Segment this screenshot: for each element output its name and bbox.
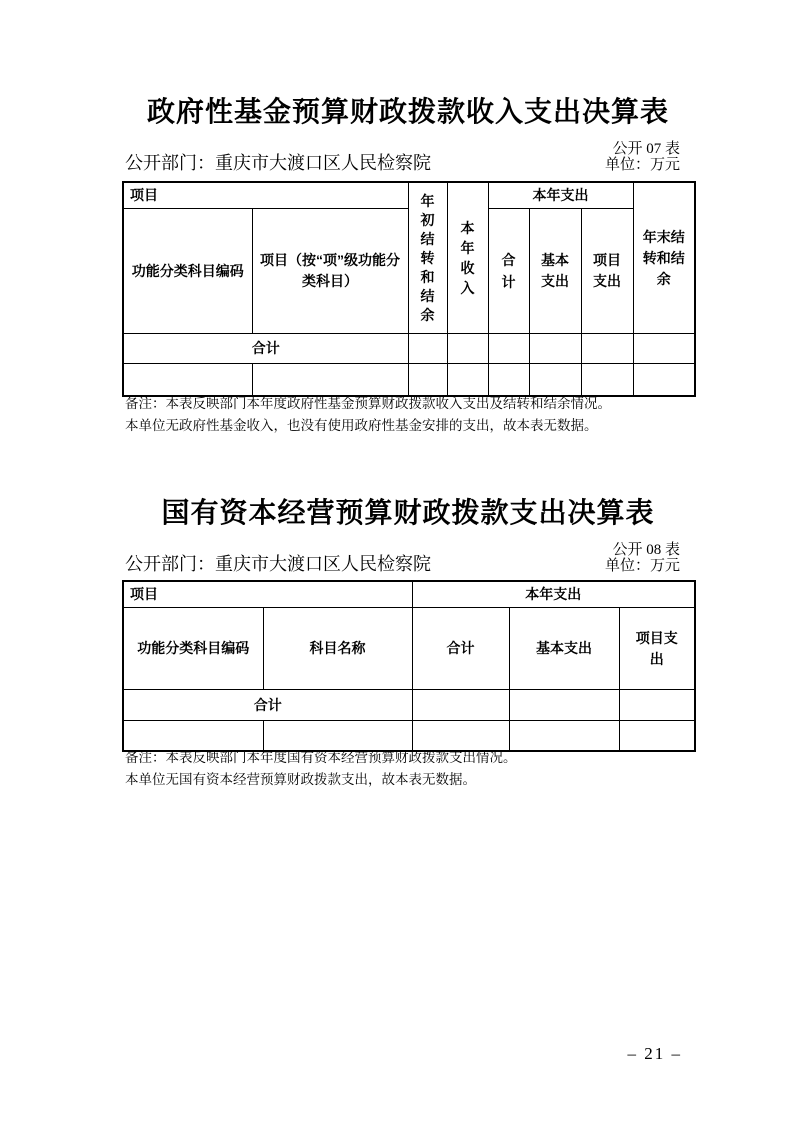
fund-table-department: 公开部门：重庆市大渡口区人民检察院 [125,151,431,175]
fund-col-closing-balance: 年末结转和结余 [633,182,695,334]
fund-empty-cell [408,334,447,364]
capital-data-row [123,721,695,751]
fund-col-closing-balance-label: 年末结转和结余 [641,227,686,290]
fund-col-expense-total: 合计 [488,209,529,334]
capital-empty-cell [619,721,695,751]
fund-col-opening-balance-label: 年初结转和结余 [420,192,435,325]
capital-table: 项目 本年支出 功能分类科目编码 科目名称 合计 基本支出 项目支出 合计 [122,580,696,752]
capital-col-year-expense-group: 本年支出 [412,581,695,608]
fund-note-line: 本单位无政府性基金收入，也没有使用政府性基金安排的支出，故本表无数据。 [125,415,690,437]
fund-table-meta: 公开部门：重庆市大渡口区人民检察院 单位：万元 [125,151,680,177]
fund-table-notes: 备注：本表反映部门本年度政府性基金预算财政拨款收入支出及结转和结余情况。 本单位… [125,393,690,437]
fund-empty-cell [581,364,633,396]
fund-col-expense-total-label: 合计 [501,249,516,293]
capital-note-line: 本单位无国有资本经营预算财政拨款支出，故本表无数据。 [125,769,690,791]
capital-table-unit: 单位：万元 [605,554,680,578]
fund-table-title: 政府性基金预算财政拨款收入支出决算表 [122,95,694,129]
capital-empty-cell [619,690,695,721]
fund-empty-cell [581,334,633,364]
document-page: 政府性基金预算财政拨款收入支出决算表 公开 07 表 公开部门：重庆市大渡口区人… [0,0,800,1131]
fund-col-item-detail: 项目（按“项”级功能分类科目） [252,209,408,334]
capital-empty-cell [412,721,509,751]
capital-col-subject-name: 科目名称 [263,608,412,690]
fund-col-year-income-label: 本年收入 [460,218,475,298]
fund-total-row: 合计 [123,334,695,364]
fund-col-item-group: 项目 [123,182,408,209]
capital-empty-cell [123,721,263,751]
fund-empty-cell [488,364,529,396]
capital-table-notes: 备注：本表反映部门本年度国有资本经营预算财政拨款支出情况。 本单位无国有资本经营… [125,747,690,791]
fund-empty-cell [488,334,529,364]
capital-empty-cell [509,721,619,751]
fund-note-line: 备注：本表反映部门本年度政府性基金预算财政拨款收入支出及结转和结余情况。 [125,393,690,415]
capital-note-line: 备注：本表反映部门本年度国有资本经营预算财政拨款支出情况。 [125,747,690,769]
fund-col-opening-balance: 年初结转和结余 [408,182,447,334]
capital-col-func-code: 功能分类科目编码 [123,608,263,690]
capital-col-basic-expense: 基本支出 [509,608,619,690]
fund-col-project-expense-label: 项目支出 [592,250,623,292]
fund-empty-cell [633,334,695,364]
fund-col-basic-expense: 基本支出 [529,209,581,334]
fund-col-item-detail-label: 项目（按“项”级功能分类科目） [257,250,403,292]
fund-empty-cell [123,364,252,396]
fund-empty-cell [447,334,488,364]
page-number: – 21 – [628,1044,683,1064]
fund-empty-cell [447,364,488,396]
capital-total-label: 合计 [123,690,412,721]
fund-data-row [123,364,695,396]
capital-table-title: 国有资本经营预算财政拨款支出决算表 [122,496,694,530]
fund-empty-cell [252,364,408,396]
capital-col-project-expense-label: 项目支出 [634,628,679,670]
capital-col-expense-total: 合计 [412,608,509,690]
fund-empty-cell [633,364,695,396]
capital-empty-cell [509,690,619,721]
fund-empty-cell [408,364,447,396]
capital-col-item-group: 项目 [123,581,412,608]
fund-total-label: 合计 [123,334,408,364]
fund-empty-cell [529,334,581,364]
capital-table-department: 公开部门：重庆市大渡口区人民检察院 [125,552,431,576]
capital-total-row: 合计 [123,690,695,721]
fund-col-year-expense-group: 本年支出 [488,182,633,209]
fund-table: 项目 年初结转和结余 本年收入 本年支出 年末结转和结余 功能分类科目编码 项目… [122,181,696,397]
fund-table-unit: 单位：万元 [605,153,680,177]
fund-empty-cell [529,364,581,396]
capital-empty-cell [412,690,509,721]
capital-col-project-expense: 项目支出 [619,608,695,690]
fund-col-year-income: 本年收入 [447,182,488,334]
fund-col-basic-expense-label: 基本支出 [540,250,571,292]
capital-table-meta: 公开部门：重庆市大渡口区人民检察院 单位：万元 [125,552,680,578]
fund-col-func-code: 功能分类科目编码 [123,209,252,334]
fund-col-project-expense: 项目支出 [581,209,633,334]
capital-empty-cell [263,721,412,751]
